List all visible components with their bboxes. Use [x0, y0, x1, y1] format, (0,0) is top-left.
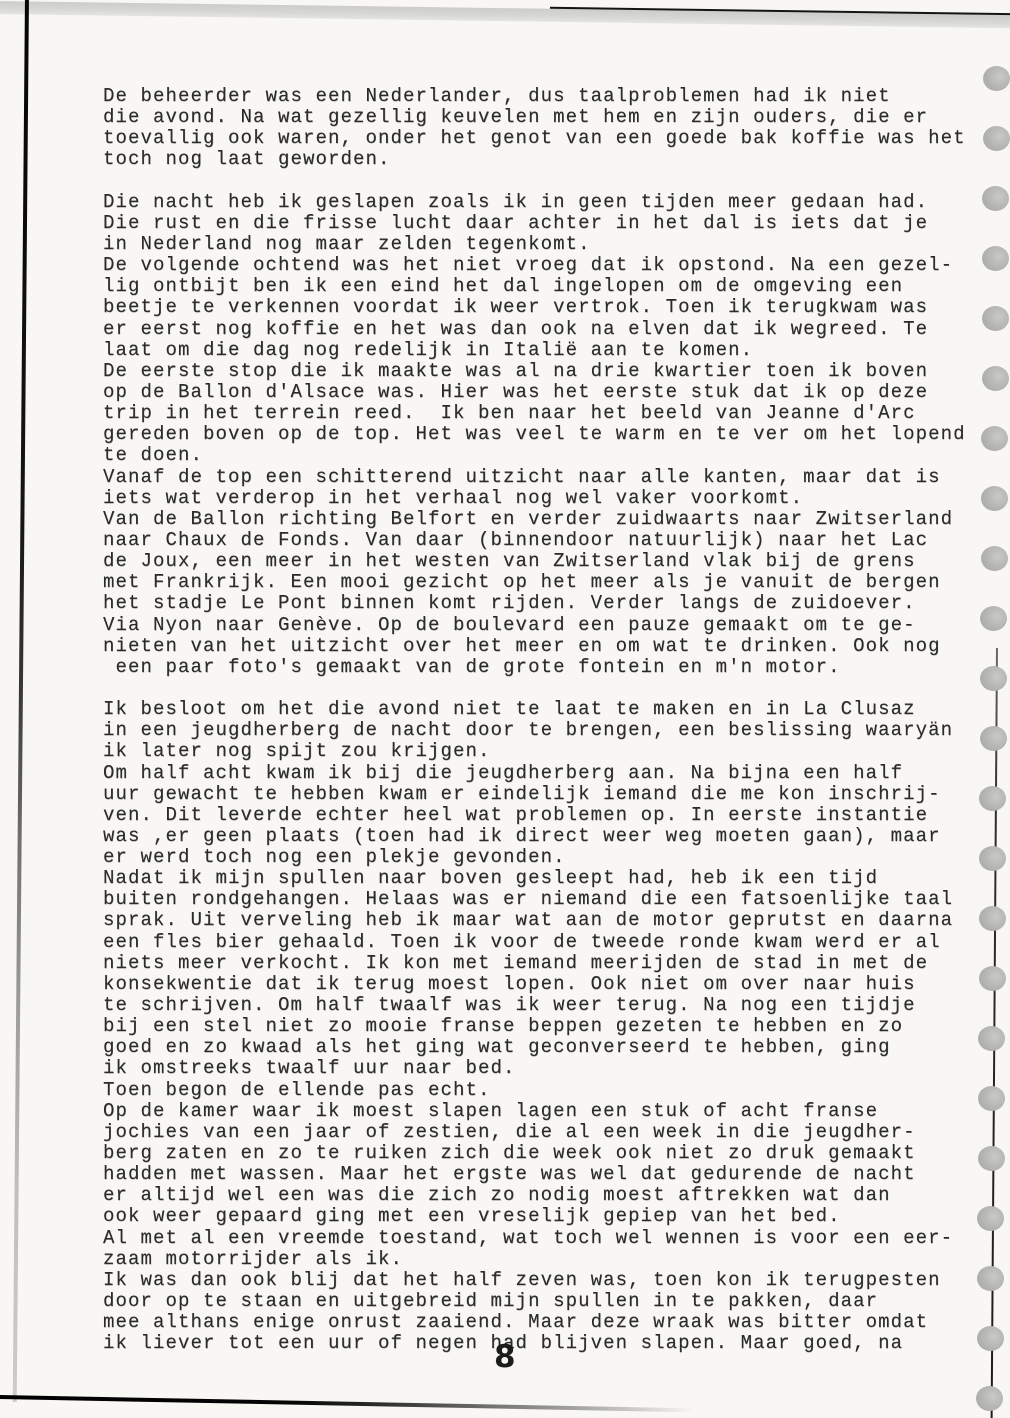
- paragraph: Ik besloot om het die avond niet te laat…: [103, 699, 983, 1354]
- text-line: er werd toch nog een plekje gevonden.: [103, 847, 983, 868]
- text-line: ik later nog spijt zou krijgen.: [103, 741, 983, 762]
- top-edge-line: [550, 7, 1010, 16]
- text-line: mee althans enige onrust zaaiend. Maar d…: [103, 1312, 983, 1333]
- text-line: lig ontbijt ben ik een eind het dal inge…: [103, 276, 983, 297]
- text-line: uur gewacht te hebben kwam er eindelijk …: [103, 784, 983, 805]
- text-line: Al met al een vreemde toestand, wat toch…: [103, 1228, 983, 1249]
- text-line: goed en zo kwaad als het ging wat geconv…: [103, 1037, 983, 1058]
- text-line: op de Ballon d'Alsace was. Hier was het …: [103, 382, 983, 403]
- binding-hole: [983, 126, 1010, 151]
- text-line: het stadje Le Pont binnen komt rijden. V…: [103, 593, 983, 614]
- binding-hole: [983, 66, 1010, 91]
- text-line: konsekwentie dat ik terug moest lopen. O…: [103, 974, 983, 995]
- text-line: Die rust en die frisse lucht daar achter…: [103, 213, 983, 234]
- text-line: beetje te verkennen voordat ik weer vert…: [103, 297, 983, 318]
- text-line: met Frankrijk. Een mooi gezicht op het m…: [103, 572, 983, 593]
- paragraph: De beheerder was een Nederlander, dus ta…: [103, 86, 983, 171]
- text-line: gereden boven op de top. Het was veel te…: [103, 424, 983, 445]
- binding-hole: [981, 486, 1008, 511]
- text-line: een fles bier gehaald. Toen ik voor de t…: [103, 932, 983, 953]
- text-line: te doen.: [103, 445, 983, 466]
- left-page-edge-line: [13, 0, 29, 1402]
- text-line: Toen begon de ellende pas echt.: [103, 1080, 983, 1101]
- binding-hole: [981, 426, 1008, 451]
- text-line: zaam motorrijder als ik.: [103, 1249, 983, 1270]
- text-line: die avond. Na wat gezellig keuvelen met …: [103, 107, 983, 128]
- binding-hole: [980, 666, 1007, 691]
- binding-hole: [976, 1386, 1003, 1411]
- text-line: naar Chaux de Fonds. Van daar (binnendoo…: [103, 530, 983, 551]
- text-line: Ik besloot om het die avond niet te laat…: [103, 699, 983, 720]
- binding-hole: [981, 546, 1008, 571]
- binding-hole: [979, 846, 1006, 871]
- text-line: De beheerder was een Nederlander, dus ta…: [103, 86, 983, 107]
- text-line: niets meer verkocht. Ik kon met iemand m…: [103, 953, 983, 974]
- binding-hole: [982, 306, 1009, 331]
- text-line: toevallig ook waren, onder het genot van…: [103, 128, 983, 149]
- binding-hole: [980, 726, 1007, 751]
- text-line: jochies van een jaar of zestien, die al …: [103, 1122, 983, 1143]
- text-line: was ,er geen plaats (toen had ik direct …: [103, 826, 983, 847]
- text-line: hadden met wassen. Maar het ergste was w…: [103, 1164, 983, 1185]
- binding-hole: [982, 186, 1009, 211]
- text-line: nieten van het uitzicht over het meer en…: [103, 636, 983, 657]
- text-line: er altijd wel een was die zich zo nodig …: [103, 1185, 983, 1206]
- text-line: bij een stel niet zo mooie franse beppen…: [103, 1016, 983, 1037]
- binding-hole: [982, 246, 1009, 271]
- text-line: Via Nyon naar Genève. Op de boulevard ee…: [103, 615, 983, 636]
- text-line: toch nog laat geworden.: [103, 149, 983, 170]
- text-line: Vanaf de top een schitterend uitzicht na…: [103, 467, 983, 488]
- text-line: te schrijven. Om half twaalf was ik weer…: [103, 995, 983, 1016]
- text-line: ook weer gepaard ging met een vreselijk …: [103, 1206, 983, 1227]
- text-line: De volgende ochtend was het niet vroeg d…: [103, 255, 983, 276]
- text-line: in Nederland nog maar zelden tegenkomt.: [103, 234, 983, 255]
- text-line: laat om die dag nog redelijk in Italië a…: [103, 340, 983, 361]
- text-line: ik omstreeks twaalf uur naar bed.: [103, 1058, 983, 1079]
- text-line: trip in het terrein reed. Ik ben naar he…: [103, 403, 983, 424]
- text-line: door op te staan en uitgebreid mijn spul…: [103, 1291, 983, 1312]
- text-line: ven. Dit leverde echter heel wat problem…: [103, 805, 983, 826]
- text-line: Ik was dan ook blij dat het half zeven w…: [103, 1270, 983, 1291]
- binding-hole: [982, 366, 1009, 391]
- text-line: er eerst nog koffie en het was dan ook n…: [103, 319, 983, 340]
- text-line: ik liever tot een uur of negen had blijv…: [103, 1333, 983, 1354]
- top-page-edge-band: [0, 1, 1010, 36]
- text-line: de Joux, een meer in het westen van Zwit…: [103, 551, 983, 572]
- paragraph: Die nacht heb ik geslapen zoals ik in ge…: [103, 192, 983, 678]
- text-line: De eerste stop die ik maakte was al na d…: [103, 361, 983, 382]
- text-line: in een jeugdherberg de nacht door te bre…: [103, 720, 983, 741]
- text-line: Nadat ik mijn spullen naar boven gesleep…: [103, 868, 983, 889]
- text-line: berg zaten en zo te ruiken zich die week…: [103, 1143, 983, 1164]
- page-number: 8: [494, 1339, 516, 1375]
- text-line: Van de Ballon richting Belfort en verder…: [103, 509, 983, 530]
- bottom-edge-line: [0, 1395, 695, 1412]
- text-line: Die nacht heb ik geslapen zoals ik in ge…: [103, 192, 983, 213]
- text-line: buiten rondgehangen. Helaas was er niema…: [103, 889, 983, 910]
- text-line: Om half acht kwam ik bij die jeugdherber…: [103, 763, 983, 784]
- text-line: Op de kamer waar ik moest slapen lagen e…: [103, 1101, 983, 1122]
- text-line: iets wat verderop in het verhaal nog wel…: [103, 488, 983, 509]
- binding-hole: [979, 786, 1006, 811]
- binding-hole: [980, 606, 1007, 631]
- top-edge-shadow: [0, 1, 1010, 29]
- text-block: De beheerder was een Nederlander, dus ta…: [103, 86, 983, 1354]
- text-line: een paar foto's gemaakt van de grote fon…: [103, 657, 983, 678]
- text-line: sprak. Uit verveling heb ik maar wat aan…: [103, 910, 983, 931]
